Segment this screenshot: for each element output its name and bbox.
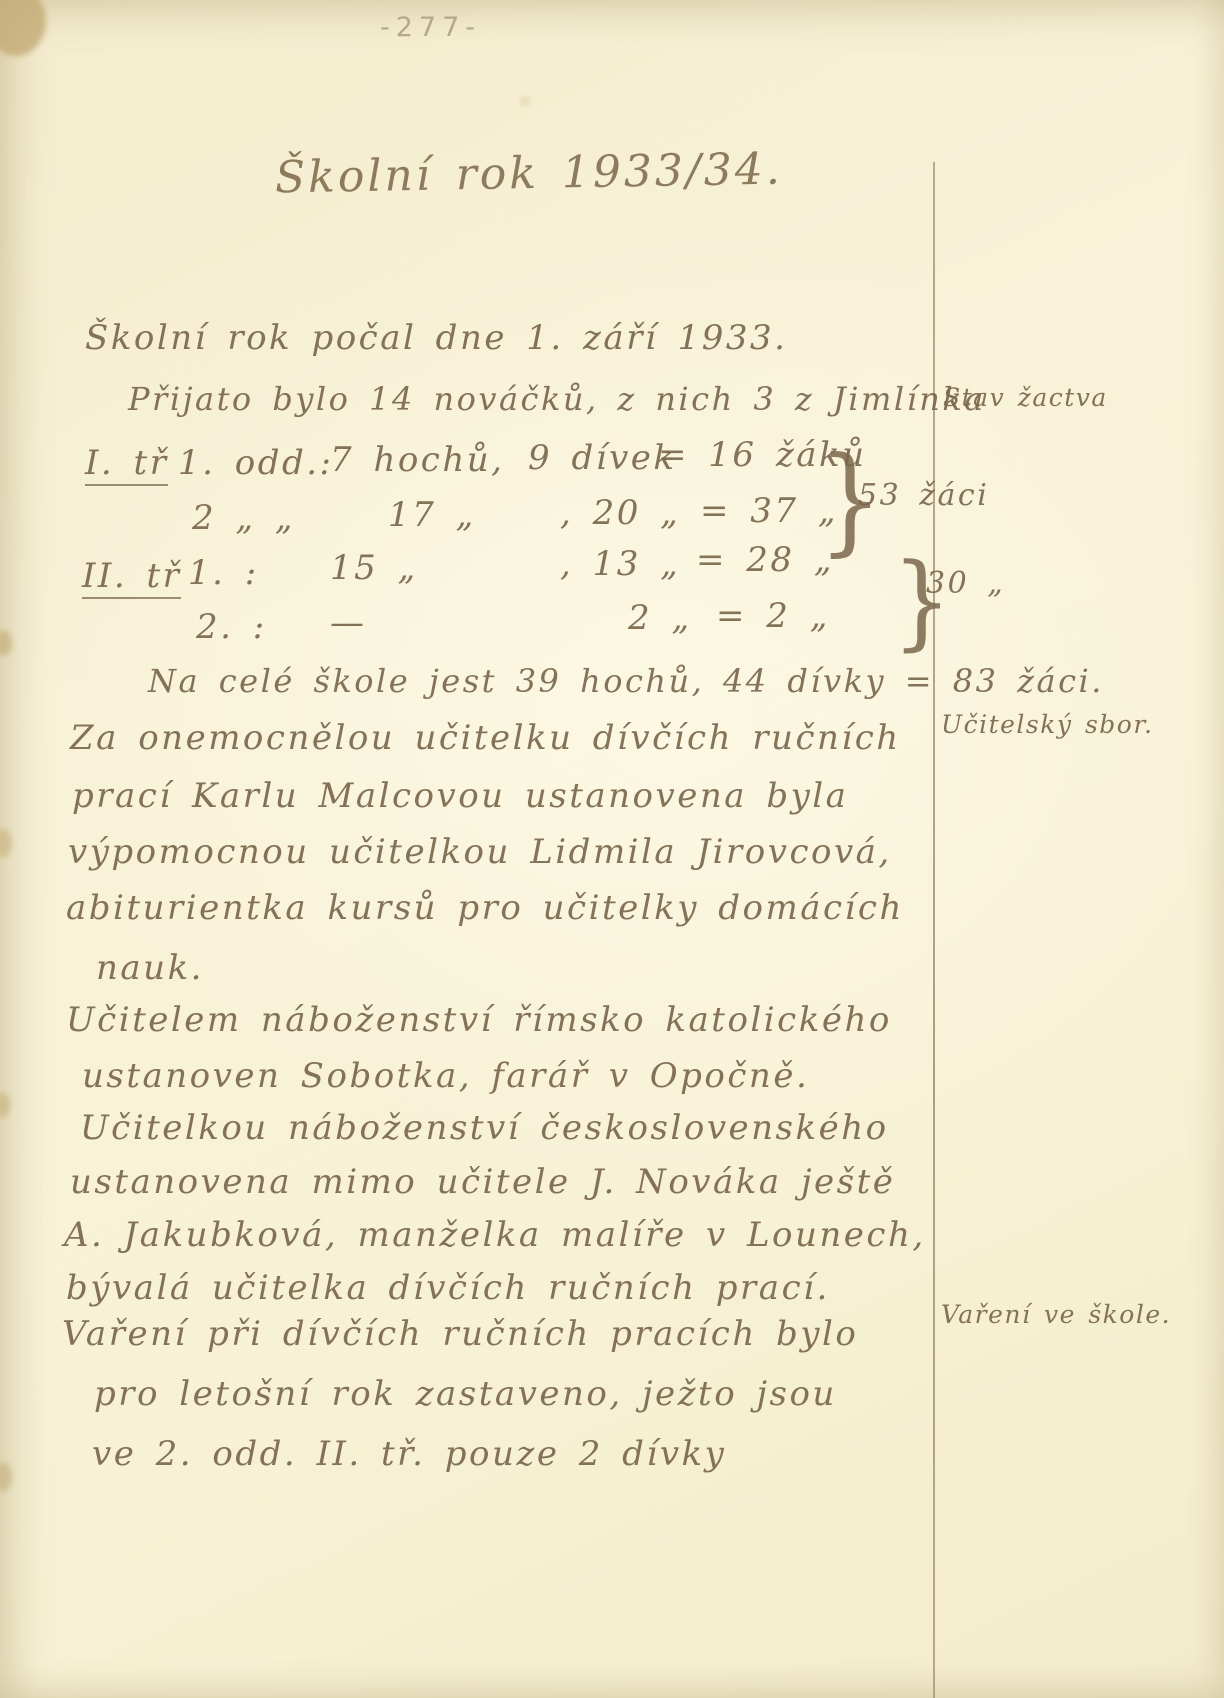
handwritten-line: abiturientka kursů pro učitelky domácích bbox=[66, 888, 904, 928]
handwritten-line: výpomocnou učitelkou Lidmila Jirovcová, bbox=[68, 832, 892, 872]
enrollment-girls: , 13 „ bbox=[560, 544, 680, 584]
enrollment-girls: , 20 „ bbox=[560, 493, 680, 533]
enrollment-subtotal-1: 53 žáci bbox=[858, 478, 989, 513]
paper-stain bbox=[520, 96, 530, 106]
page-title: Školní rok 1933/34. bbox=[275, 144, 784, 204]
handwritten-line: A. Jakubková, manželka malíře v Lounech, bbox=[64, 1215, 926, 1255]
handwritten-line: Školní rok počal dne 1. září 1933. bbox=[85, 318, 787, 358]
handwritten-line: pro letošní rok zastaveno, ježto jsou bbox=[94, 1374, 837, 1414]
paper-stain bbox=[0, 828, 12, 858]
handwritten-line: nauk. bbox=[96, 948, 204, 988]
chronicle-page: -277- Školní rok 1933/34. Školní rok poč… bbox=[0, 0, 1224, 1698]
handwritten-line: bývalá učitelka dívčích ručních prací. bbox=[66, 1268, 830, 1308]
enrollment-total: = 2 „ bbox=[716, 596, 830, 636]
paper-stain bbox=[0, 630, 12, 656]
enrollment-section: 1. : bbox=[188, 553, 259, 593]
margin-note-vareni-ve-skole: Vaření ve škole. bbox=[941, 1300, 1171, 1329]
handwritten-line: prací Karlu Malcovou ustanovena byla bbox=[72, 776, 848, 816]
handwritten-line: ustanoven Sobotka, farář v Opočně. bbox=[82, 1056, 809, 1096]
enrollment-section: 2 „ „ bbox=[192, 498, 295, 538]
paper-stain bbox=[0, 1462, 12, 1492]
enrollment-section: 2. : bbox=[196, 607, 267, 647]
page-number: -277- bbox=[380, 12, 481, 43]
enrollment-boys: 7 hochů, bbox=[330, 440, 504, 480]
enrollment-boys: 17 „ bbox=[388, 495, 476, 535]
handwritten-line: Učitelem náboženství římsko katolického bbox=[66, 1000, 892, 1040]
enrollment-summary: Na celé škole jest 39 hochů, 44 dívky = … bbox=[148, 662, 1104, 700]
enrollment-subtotal-2: 30 „ bbox=[926, 566, 1005, 601]
enrollment-class: I. tř bbox=[85, 443, 168, 486]
enrollment-class: II. tř bbox=[82, 556, 181, 599]
handwritten-line: ustanovena mimo učitele J. Nováka ještě bbox=[70, 1162, 895, 1202]
enrollment-total: = 28 „ bbox=[696, 540, 834, 580]
handwritten-line: Přijato bylo 14 nováčků, z nich 3 z Jiml… bbox=[128, 380, 986, 418]
handwritten-line: ve 2. odd. II. tř. pouze 2 dívky bbox=[92, 1434, 726, 1474]
enrollment-girls: 9 dívek bbox=[528, 438, 677, 478]
paper-stain bbox=[0, 1092, 10, 1118]
enrollment-boys: — bbox=[330, 603, 367, 643]
enrollment-girls: 2 „ bbox=[628, 598, 692, 638]
enrollment-section: 1. odd.: bbox=[178, 443, 334, 483]
brace-glyph: } bbox=[892, 542, 952, 662]
margin-note-ucitelsky-sbor: Učitelský sbor. bbox=[941, 710, 1154, 739]
margin-note-stav-zactva: Stav žactva bbox=[943, 383, 1108, 412]
paper-stain bbox=[0, 0, 46, 56]
handwritten-line: Vaření při dívčích ručních pracích bylo bbox=[62, 1314, 858, 1354]
handwritten-line: Učitelkou náboženství československého bbox=[80, 1108, 889, 1148]
enrollment-boys: 15 „ bbox=[330, 548, 418, 588]
handwritten-line: Za onemocnělou učitelku dívčích ručních bbox=[70, 718, 901, 758]
